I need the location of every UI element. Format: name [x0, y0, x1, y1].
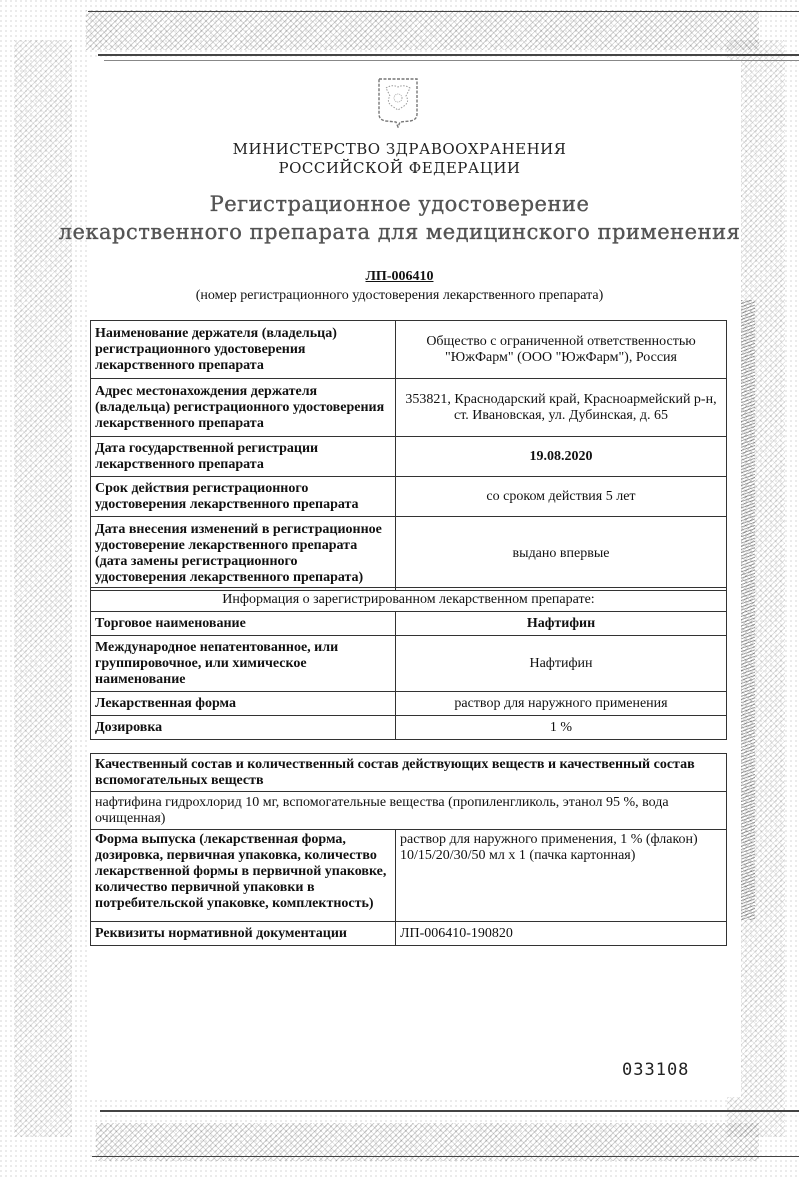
table-row: Форма выпуска (лекарственная форма, дози… [91, 830, 727, 922]
holder-info-table: Наименование держателя (владельца) регис… [90, 320, 727, 591]
table-row: Информация о зарегистрированном лекарств… [91, 588, 727, 612]
row-label: Лекарственная форма [91, 692, 396, 716]
row-label: Дозировка [91, 716, 396, 740]
dosage-form-value: раствор для наружного применения [396, 692, 727, 716]
document-title-line-2: лекарственного препарата для медицинског… [0, 218, 799, 246]
ministry-name: МИНИСТЕРСТВО ЗДРАВООХРАНЕНИЯ РОССИЙСКОЙ … [0, 140, 799, 178]
trade-name-value: Нафтифин [396, 612, 727, 636]
release-form-value: раствор для наружного применения, 1 % (ф… [396, 830, 727, 922]
frame-rule [104, 60, 799, 61]
validity-period-value: со сроком действия 5 лет [396, 477, 727, 517]
registration-date-value: 19.08.2020 [396, 437, 727, 477]
coat-of-arms-icon [376, 76, 420, 128]
row-label: Форма выпуска (лекарственная форма, дози… [91, 830, 396, 922]
row-label: Международное непатентованное, или групп… [91, 636, 396, 692]
table-row: Торговое наименование Нафтифин [91, 612, 727, 636]
table-row: Наименование держателя (владельца) регис… [91, 321, 727, 379]
row-label: Адрес местонахождения держателя (владель… [91, 379, 396, 437]
table-row: Дата государственной регистрации лекарст… [91, 437, 727, 477]
composition-heading: Качественный состав и количественный сос… [91, 754, 727, 792]
row-label: Срок действия регистрационного удостовер… [91, 477, 396, 517]
table-row: Срок действия регистрационного удостовер… [91, 477, 727, 517]
table-row: нафтифина гидрохлорид 10 мг, вспомогател… [91, 792, 727, 830]
amendment-date-value: выдано впервые [396, 517, 727, 591]
dosage-value: 1 % [396, 716, 727, 740]
frame-rule [100, 1110, 799, 1112]
row-label: Реквизиты нормативной документации [91, 922, 396, 946]
row-label: Наименование держателя (владельца) регис… [91, 321, 396, 379]
row-label: Дата государственной регистрации лекарст… [91, 437, 396, 477]
row-label: Дата внесения изменений в регистрационно… [91, 517, 396, 591]
ministry-line-2: РОССИЙСКОЙ ФЕДЕРАЦИИ [0, 159, 799, 178]
form-serial-number: 033108 [622, 1060, 689, 1080]
frame-rule [92, 1156, 799, 1157]
document-title: Регистрационное удостоверение лекарствен… [0, 190, 799, 246]
table-row: Лекарственная форма раствор для наружног… [91, 692, 727, 716]
table-row: Дозировка 1 % [91, 716, 727, 740]
section-heading: Информация о зарегистрированном лекарств… [91, 588, 727, 612]
holder-name-value: Общество с ограниченной ответственностью… [396, 321, 727, 379]
composition-value: нафтифина гидрохлорид 10 мг, вспомогател… [91, 792, 727, 830]
table-row: Дата внесения изменений в регистрационно… [91, 517, 727, 591]
registration-number-caption: (номер регистрационного удостоверения ле… [0, 288, 799, 304]
table-row: Реквизиты нормативной документации ЛП-00… [91, 922, 727, 946]
row-label: Торговое наименование [91, 612, 396, 636]
holder-address-value: 353821, Краснодарский край, Красноармейс… [396, 379, 727, 437]
normative-docs-value: ЛП-006410-190820 [396, 922, 727, 946]
frame-rule [88, 11, 799, 12]
table-row: Адрес местонахождения держателя (владель… [91, 379, 727, 437]
document-title-line-1: Регистрационное удостоверение [0, 190, 799, 218]
registration-number: ЛП-006410 [0, 269, 799, 285]
guilloche-edge-right [741, 300, 755, 920]
table-row: Международное непатентованное, или групп… [91, 636, 727, 692]
guilloche-band-top [86, 10, 759, 50]
composition-table: Качественный состав и количественный сос… [90, 753, 727, 946]
table-row: Качественный состав и количественный сос… [91, 754, 727, 792]
inn-value: Нафтифин [396, 636, 727, 692]
frame-rule [98, 54, 799, 56]
drug-info-table: Информация о зарегистрированном лекарств… [90, 587, 727, 740]
ministry-line-1: МИНИСТЕРСТВО ЗДРАВООХРАНЕНИЯ [0, 140, 799, 159]
